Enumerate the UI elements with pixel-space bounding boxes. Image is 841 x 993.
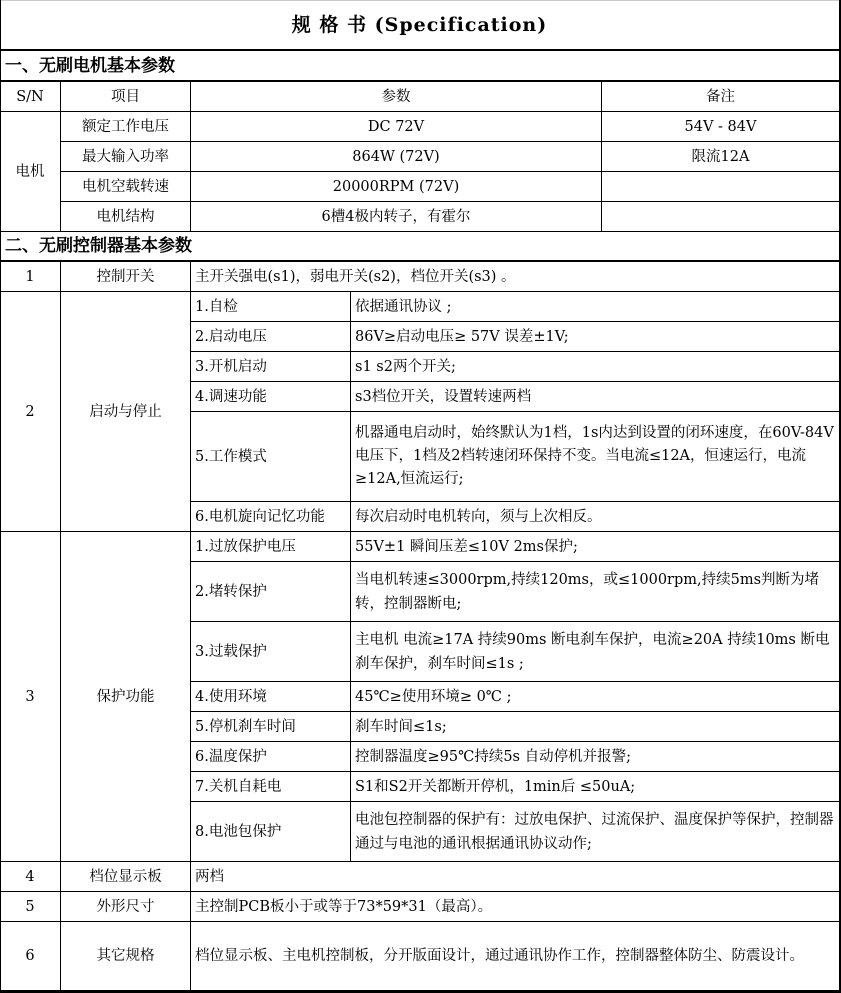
header-sn: S/N (0, 82, 61, 112)
motor-item: 电机结构 (61, 202, 191, 232)
sub-item-name: 7.关机自耗电 (191, 772, 351, 802)
sub-item-value: S1和S2开关都断开停机，1min后 ≤50uA; (351, 772, 839, 802)
header-item: 项目 (61, 82, 191, 112)
sub-item-name: 5.停机刹车时间 (191, 712, 351, 742)
row-sn: 2 (0, 292, 61, 532)
sub-item-name: 6.电机旋向记忆功能 (191, 502, 351, 532)
sub-item-name: 2.启动电压 (191, 322, 351, 352)
page-title: 规 格 书 (Specification) (0, 0, 839, 51)
sub-item-value: s1 s2两个开关; (351, 352, 839, 382)
row-item: 启动与停止 (61, 292, 191, 532)
row-sn: 3 (0, 532, 61, 862)
sub-item-value: 每次启动时电机转向，须与上次相反。 (351, 502, 839, 532)
motor-group-label: 电机 (0, 112, 61, 232)
motor-param: 20000RPM (72V) (191, 172, 602, 202)
motor-item: 最大输入功率 (61, 142, 191, 172)
sub-item-name: 2.堵转保护 (191, 562, 351, 622)
header-note: 备注 (602, 82, 839, 112)
sub-item-name: 4.使用环境 (191, 682, 351, 712)
row-sn: 1 (0, 262, 61, 292)
row-sn: 4 (0, 862, 61, 892)
row-sn: 5 (0, 892, 61, 922)
motor-note: 54V - 84V (602, 112, 839, 142)
sub-item-name: 3.过载保护 (191, 622, 351, 682)
section1-heading: 一、无刷电机基本参数 (0, 51, 839, 82)
row-item: 其它规格 (61, 922, 191, 990)
motor-note: 限流12A (602, 142, 839, 172)
sub-item-value: 主电机 电流≥17A 持续90ms 断电刹车保护，电流≥20A 持续10ms 断… (351, 622, 839, 682)
motor-item: 电机空载转速 (61, 172, 191, 202)
sub-item-name: 6.温度保护 (191, 742, 351, 772)
header-param: 参数 (191, 82, 602, 112)
sub-item-name: 5.工作模式 (191, 412, 351, 502)
sub-item-value: 55V±1 瞬间压差≤10V 2ms保护; (351, 532, 839, 562)
sub-item-name: 1.过放保护电压 (191, 532, 351, 562)
motor-note (602, 202, 839, 232)
motor-param: 6槽4极内转子，有霍尔 (191, 202, 602, 232)
sub-item-value: 电池包控制器的保护有：过放电保护、过流保护、温度保护等保护，控制器通过与电池的通… (351, 802, 839, 862)
row-sn: 6 (0, 922, 61, 990)
motor-note (602, 172, 839, 202)
row-value: 两档 (191, 862, 839, 892)
motor-param: DC 72V (191, 112, 602, 142)
sub-item-name: 4.调速功能 (191, 382, 351, 412)
row-item: 控制开关 (61, 262, 191, 292)
sub-item-value: s3档位开关，设置转速两档 (351, 382, 839, 412)
row-item: 外形尺寸 (61, 892, 191, 922)
sub-item-value: 86V≥启动电压≥ 57V 误差±1V; (351, 322, 839, 352)
row-value: 档位显示板、主电机控制板，分开版面设计，通过通讯协作工作，控制器整体防尘、防震设… (191, 922, 839, 990)
specification-sheet: 规 格 书 (Specification) 一、无刷电机基本参数 S/N 项目 … (0, 0, 841, 993)
row-item: 保护功能 (61, 532, 191, 862)
section2-heading: 二、无刷控制器基本参数 (0, 232, 839, 262)
row-item: 档位显示板 (61, 862, 191, 892)
sub-item-value: 刹车时间≤1s; (351, 712, 839, 742)
sub-item-name: 8.电池包保护 (191, 802, 351, 862)
sub-item-value: 45℃≥使用环境≥ 0℃ ; (351, 682, 839, 712)
sub-item-value: 控制器温度≥95℃持续5s 自动停机并报警; (351, 742, 839, 772)
row-value: 主开关强电(s1)，弱电开关(s2)，档位开关(s3) 。 (191, 262, 839, 292)
sub-item-name: 3.开机启动 (191, 352, 351, 382)
motor-param: 864W (72V) (191, 142, 602, 172)
sub-item-value: 依据通讯协议 ; (351, 292, 839, 322)
sub-item-value: 机器通电启动时，始终默认为1档，1s内达到设置的闭环速度，在60V-84V电压下… (351, 412, 839, 502)
row-value: 主控制PCB板小于或等于73*59*31（最高）。 (191, 892, 839, 922)
motor-item: 额定工作电压 (61, 112, 191, 142)
sub-item-value: 当电机转速≤3000rpm,持续120ms，或≤1000rpm,持续5ms判断为… (351, 562, 839, 622)
sub-item-name: 1.自检 (191, 292, 351, 322)
